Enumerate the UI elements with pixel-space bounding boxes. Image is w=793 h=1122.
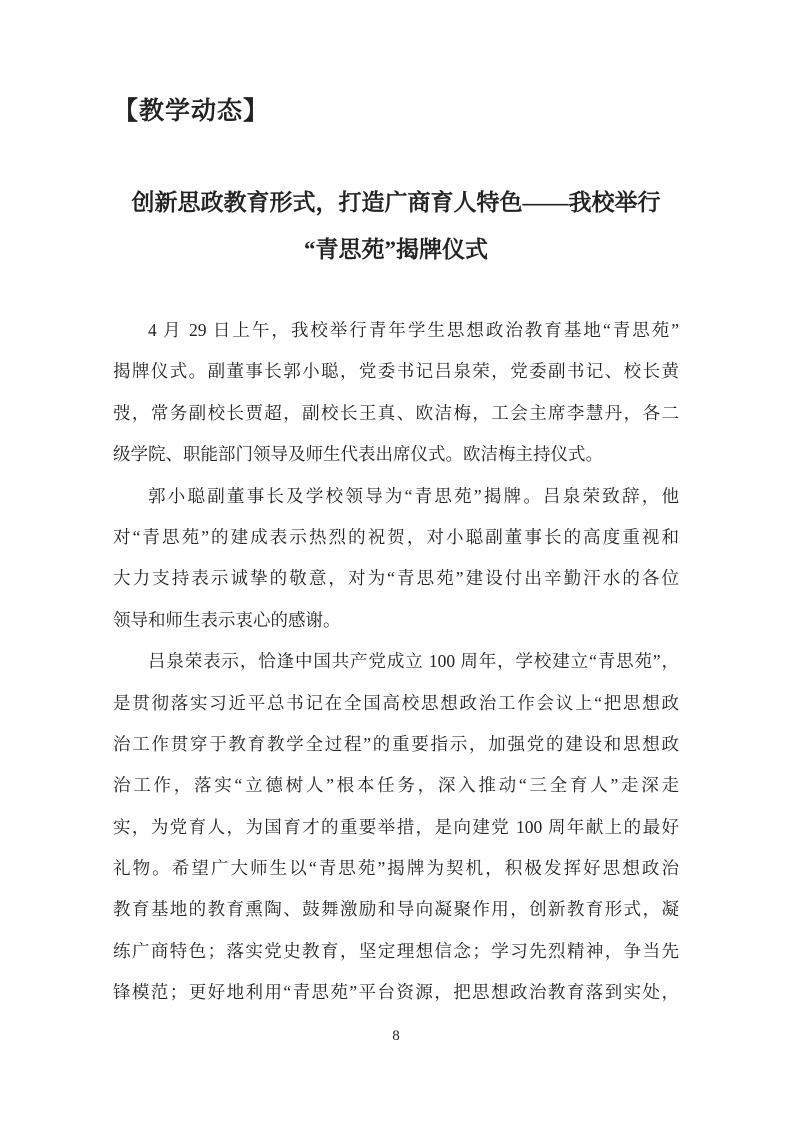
body-line: 揭牌仪式。副董事长郭小聪，党委书记吕泉荣，党委副书记、校长黄	[113, 351, 679, 392]
section-header: 【教学动态】	[113, 97, 679, 127]
article-title: 创新思政教育形式，打造广商育人特色——我校举行 “青思苑”揭牌仪式	[113, 179, 679, 273]
body-line: 锋模范；更好地利用“青思苑”平台资源，把思想政治教育落到实处，	[113, 972, 679, 1013]
body-line: 是贯彻落实习近平总书记在全国高校思想政治工作会议上“把思想政	[113, 683, 679, 724]
body-line: 4 月 29 日上午，我校举行青年学生思想政治教育基地“青思苑”	[113, 310, 679, 351]
body-line: 级学院、职能部门领导及师生代表出席仪式。欧洁梅主持仪式。	[113, 434, 679, 475]
body-line: 郭小聪副董事长及学校领导为“青思苑”揭牌。吕泉荣致辞，他	[113, 476, 679, 517]
article-title-line-1: 创新思政教育形式，打造广商育人特色——我校举行	[113, 179, 679, 226]
page-number: 8	[392, 1028, 400, 1044]
body-line: 礼物。希望广大师生以“青思苑”揭牌为契机，积极发挥好思想政治	[113, 848, 679, 889]
body-line: 治工作贯穿于教育教学全过程”的重要指示，加强党的建设和思想政	[113, 724, 679, 765]
paragraph: 吕泉荣表示，恰逢中国共产党成立 100 周年，学校建立“青思苑”，是贯彻落实习近…	[113, 641, 679, 1014]
article-title-line-2: “青思苑”揭牌仪式	[113, 226, 679, 273]
body-line: 实，为党育人，为国育才的重要举措，是向建党 100 周年献上的最好	[113, 807, 679, 848]
body-line: 教育基地的教育熏陶、鼓舞激励和导向凝聚作用，创新教育形式，凝	[113, 889, 679, 930]
paragraph: 4 月 29 日上午，我校举行青年学生思想政治教育基地“青思苑”揭牌仪式。副董事…	[113, 310, 679, 476]
body-line: 练广商特色；落实党史教育，坚定理想信念；学习先烈精神，争当先	[113, 931, 679, 972]
body-line: 大力支持表示诚挚的敬意，对为“青思苑”建设付出辛勤汗水的各位	[113, 558, 679, 599]
body-line: 治工作，落实“立德树人”根本任务，深入推动“三全育人”走深走	[113, 765, 679, 806]
body-line: 吕泉荣表示，恰逢中国共产党成立 100 周年，学校建立“青思苑”，	[113, 641, 679, 682]
paragraph: 郭小聪副董事长及学校领导为“青思苑”揭牌。吕泉荣致辞，他对“青思苑”的建成表示热…	[113, 476, 679, 642]
document-page: 【教学动态】 创新思政教育形式，打造广商育人特色——我校举行 “青思苑”揭牌仪式…	[0, 0, 793, 1122]
page-footer: 8	[113, 1027, 679, 1045]
body-line: 弢，常务副校长贾超，副校长王真、欧洁梅，工会主席李慧丹，各二	[113, 393, 679, 434]
body-line: 对“青思苑”的建成表示热烈的祝贺，对小聪副董事长的高度重视和	[113, 517, 679, 558]
document-body: 4 月 29 日上午，我校举行青年学生思想政治教育基地“青思苑”揭牌仪式。副董事…	[113, 310, 679, 1014]
body-line: 领导和师生表示衷心的感谢。	[113, 600, 679, 641]
